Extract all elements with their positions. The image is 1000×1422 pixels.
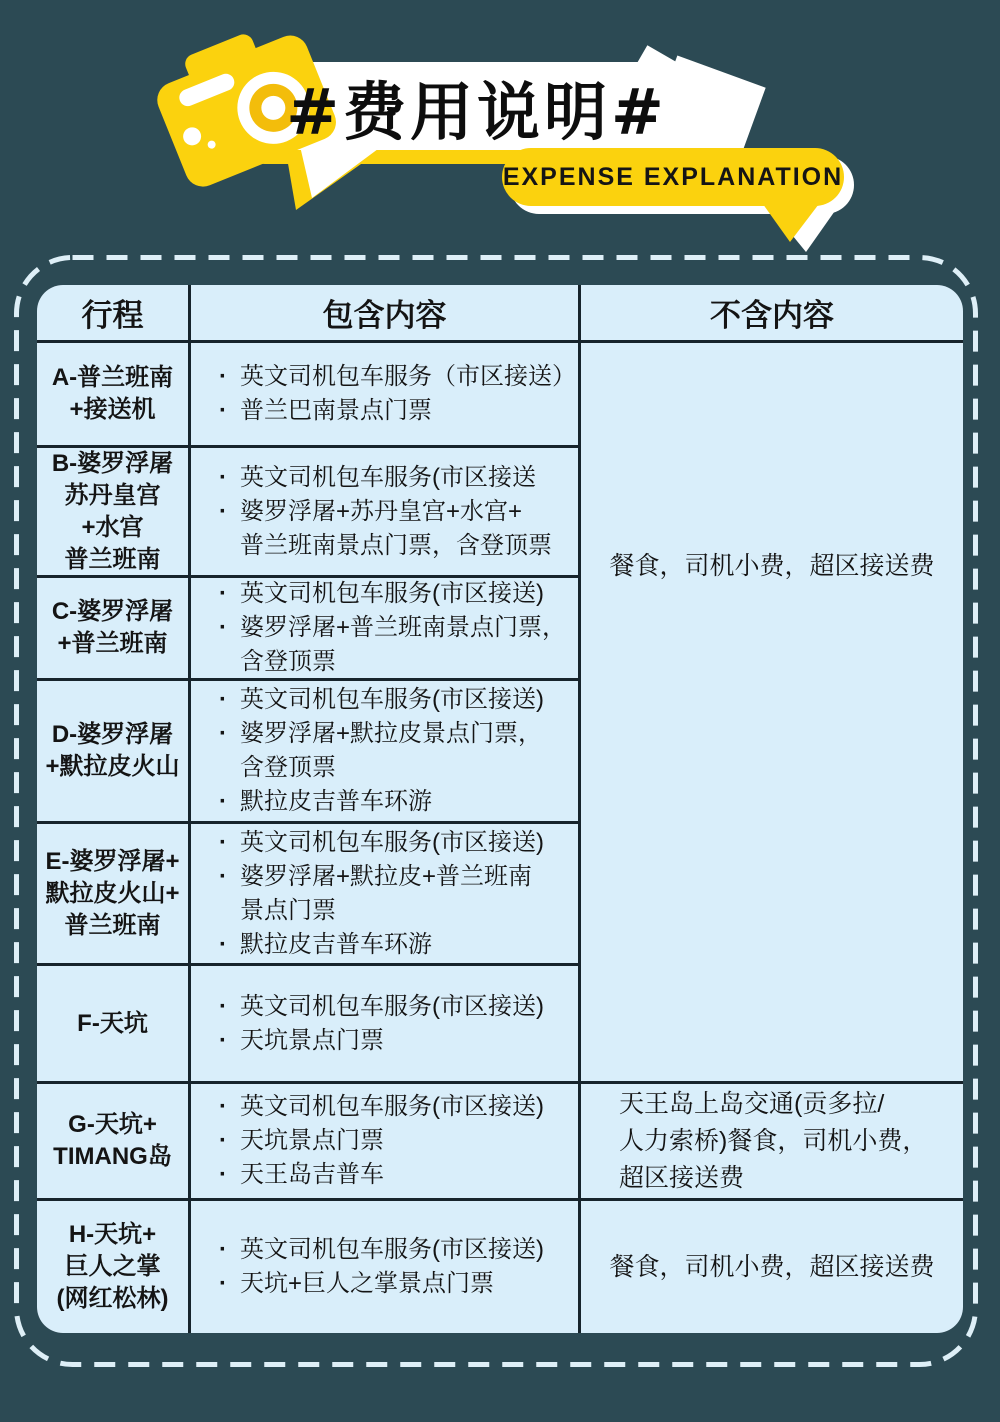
excluded-cell-rows-a-f: 餐食，司机小费，超区接送费: [581, 343, 963, 1081]
included-cell-row-8: 英文司机包车服务(市区接送)天坑+巨人之掌景点门票: [191, 1201, 578, 1333]
itinerary-cell-row-4: D-婆罗浮屠 +默拉皮火山: [37, 681, 188, 821]
included-item: 天坑景点门票: [215, 1024, 570, 1058]
excluded-cell-row-g: 天王岛上岛交通(贡多拉/ 人力索桥)餐食，司机小费， 超区接送费: [581, 1084, 963, 1198]
included-item: 天坑景点门票: [215, 1124, 570, 1158]
included-item: 默拉皮吉普车环游: [215, 928, 570, 962]
included-item: 默拉皮吉普车环游: [215, 785, 570, 819]
included-item: 天王岛吉普车: [215, 1158, 570, 1192]
included-cell-row-1: 英文司机包车服务（市区接送）普兰巴南景点门票: [191, 343, 578, 445]
included-item: 婆罗浮屠+默拉皮景点门票， 含登顶票: [215, 717, 570, 785]
included-item: 英文司机包车服务(市区接送): [215, 1233, 570, 1267]
itinerary-cell-row-1: A-普兰班南 +接送机: [37, 343, 188, 445]
itinerary-cell-row-5: E-婆罗浮屠+ 默拉皮火山+ 普兰班南: [37, 824, 188, 963]
column-header-itinerary: 行程: [37, 285, 188, 340]
itinerary-cell-row-3: C-婆罗浮屠 +普兰班南: [37, 578, 188, 678]
itinerary-cell-row-8: H-天坑+ 巨人之掌 (网红松林): [37, 1201, 188, 1333]
included-cell-row-7: 英文司机包车服务(市区接送)天坑景点门票天王岛吉普车: [191, 1084, 578, 1198]
page-subtitle: EXPENSE EXPLANATION: [502, 148, 844, 206]
included-cell-row-4: 英文司机包车服务(市区接送)婆罗浮屠+默拉皮景点门票， 含登顶票默拉皮吉普车环游: [191, 681, 578, 821]
column-header-excluded: 不含内容: [581, 285, 963, 340]
included-item: 普兰巴南景点门票: [215, 394, 570, 428]
included-item: 英文司机包车服务(市区接送): [215, 683, 570, 717]
included-item: 婆罗浮屠+普兰班南景点门票， 含登顶票: [215, 611, 570, 679]
included-item: 英文司机包车服务(市区接送): [215, 577, 570, 611]
itinerary-cell-row-2: B-婆罗浮屠 苏丹皇宫 +水宫 普兰班南: [37, 448, 188, 575]
included-item: 英文司机包车服务(市区接送): [215, 826, 570, 860]
included-item: 英文司机包车服务(市区接送): [215, 1090, 570, 1124]
included-item: 英文司机包车服务(市区接送: [215, 461, 570, 495]
excluded-cell-row-h: 餐食，司机小费，超区接送费: [581, 1201, 963, 1333]
included-item: 婆罗浮屠+默拉皮+普兰班南 景点门票: [215, 860, 570, 928]
included-cell-row-5: 英文司机包车服务(市区接送)婆罗浮屠+默拉皮+普兰班南 景点门票默拉皮吉普车环游: [191, 824, 578, 963]
column-header-included: 包含内容: [191, 285, 578, 340]
included-item: 婆罗浮屠+苏丹皇宫+水宫+ 普兰班南景点门票，含登顶票: [215, 495, 570, 563]
included-item: 天坑+巨人之掌景点门票: [215, 1267, 570, 1301]
itinerary-cell-row-6: F-天坑: [37, 966, 188, 1081]
page-title: #费用说明#: [232, 62, 722, 152]
itinerary-cell-row-7: G-天坑+ TIMANG岛: [37, 1084, 188, 1198]
included-cell-row-6: 英文司机包车服务(市区接送)天坑景点门票: [191, 966, 578, 1081]
included-cell-row-2: 英文司机包车服务(市区接送婆罗浮屠+苏丹皇宫+水宫+ 普兰班南景点门票，含登顶票: [191, 448, 578, 575]
expense-table: 行程 包含内容 不含内容 餐食，司机小费，超区接送费 天王岛上岛交通(贡多拉/ …: [37, 285, 963, 1333]
included-item: 英文司机包车服务(市区接送): [215, 990, 570, 1024]
included-item: 英文司机包车服务（市区接送）: [215, 360, 570, 394]
included-cell-row-3: 英文司机包车服务(市区接送)婆罗浮屠+普兰班南景点门票， 含登顶票: [191, 578, 578, 678]
